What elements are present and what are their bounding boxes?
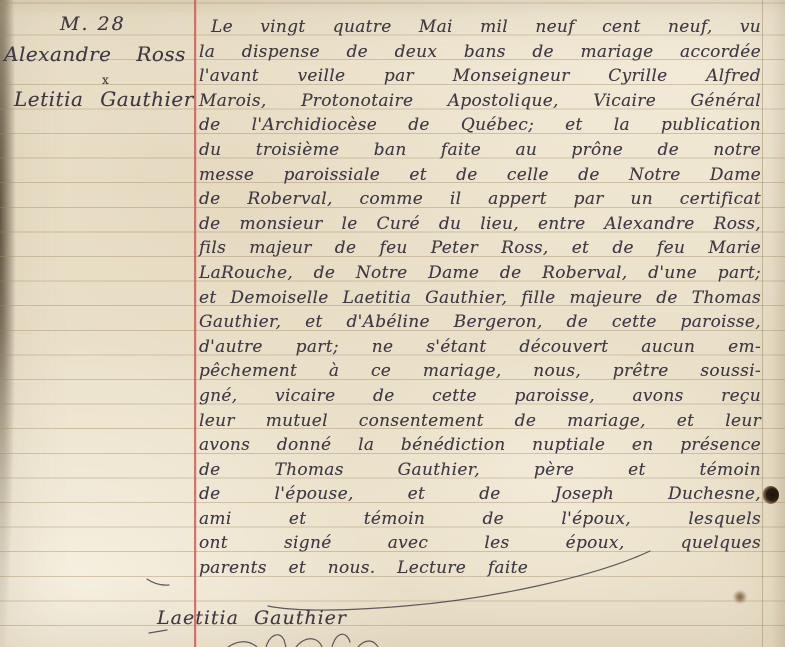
act-line: parents et nous. Lecture faite — [199, 556, 761, 581]
act-line: ami et témoin de l'époux, lesquels — [199, 507, 761, 532]
act-line: de monsieur le Curé du lieu, entre Alexa… — [199, 212, 761, 237]
cross-mark: x — [102, 73, 109, 87]
bride-signature: Laetitia Gauthier — [157, 607, 347, 629]
act-line: d'autre part; ne s'étant découvert aucun… — [199, 335, 761, 360]
act-line: Marois, Protonotaire Apostolique, Vicair… — [199, 89, 761, 114]
act-line: la dispense de deux bans de mariage acco… — [199, 40, 761, 65]
margin-groom-name: Alexandre Ross — [4, 42, 186, 66]
act-line: LaRouche, de Notre Dame de Roberval, d'u… — [199, 261, 761, 286]
act-line: de l'Archidiocèse de Québec; et la publi… — [199, 113, 761, 138]
act-line: fils majeur de feu Peter Ross, et de feu… — [199, 236, 761, 261]
act-line: Gauthier, et d'Abéline Bergeron, de cett… — [199, 310, 761, 335]
act-line: de l'épouse, et de Joseph Duchesne, — [199, 482, 761, 507]
act-line: et Demoiselle Laetitia Gauthier, fille m… — [199, 286, 761, 311]
ink-smudge — [733, 591, 747, 603]
act-line: l'avant veille par Monseigneur Cyrille A… — [199, 64, 761, 89]
act-line: messe paroissiale et de celle de Notre D… — [199, 163, 761, 188]
record-number: M. 28 — [60, 13, 126, 35]
marriage-act-text: Le vingt quatre Mai mil neuf cent neuf, … — [199, 15, 761, 581]
act-line: avons donné la bénédiction nuptiale en p… — [199, 433, 761, 458]
act-line: ont signé avec les époux, quelques — [199, 531, 761, 556]
register-page: M. 28 Alexandre Ross x Letitia Gauthier … — [0, 0, 785, 647]
right-margin-line — [762, 0, 763, 647]
act-line: pêchement à ce mariage, nous, prêtre sou… — [199, 359, 761, 384]
act-line: du troisième ban faite au prône de notre — [199, 138, 761, 163]
act-line: de Roberval, comme il appert par un cert… — [199, 187, 761, 212]
act-line: Le vingt quatre Mai mil neuf cent neuf, … — [199, 15, 761, 40]
margin-bride-name: Letitia Gauthier — [14, 87, 194, 111]
punch-hole — [762, 486, 779, 504]
act-line: leur mutuel consentement de mariage, et … — [199, 409, 761, 434]
act-line: gné, vicaire de cette paroisse, avons re… — [199, 384, 761, 409]
act-line: de Thomas Gauthier, père et témoin — [199, 458, 761, 483]
red-margin-line — [194, 0, 196, 647]
